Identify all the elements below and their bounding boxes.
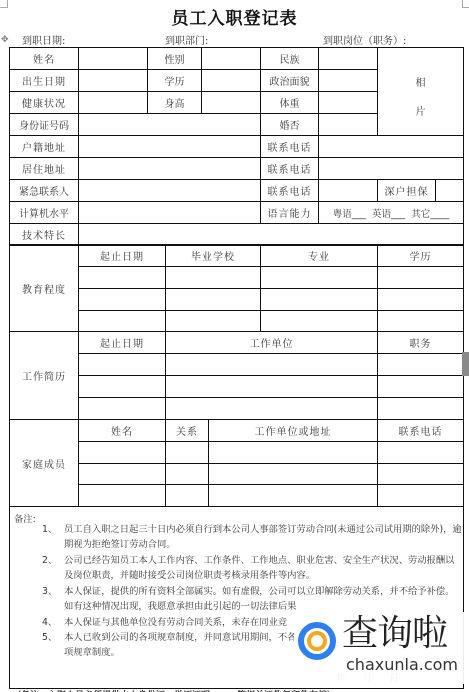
household-address-field[interactable] (78, 135, 261, 158)
form-title: 员工入职登记表 (0, 4, 469, 29)
shenzhen-guarantee-field[interactable] (435, 179, 464, 202)
health-label: 健康状况 (9, 91, 79, 114)
family-col-name: 姓名 (78, 419, 166, 442)
note-text: 公司已经告知员工本人工作内容、工作条件、工作地点、职业危害、安全生产状况、劳动报… (64, 553, 462, 583)
computer-level-field[interactable] (78, 201, 261, 224)
side-scroll-tab[interactable] (462, 352, 469, 376)
note-number: 4、 (42, 615, 57, 630)
language-ability-label: 语言能力 (260, 201, 319, 224)
note-item-5: 5、 本人已收到公司的各项规章制度，并同意试用期间，不各项规章制度。 (42, 630, 302, 660)
photo-label-1: 相 (416, 74, 426, 89)
family-row1-address[interactable] (208, 441, 378, 464)
marital-label: 婚否 (260, 113, 319, 136)
ethnicity-field[interactable] (318, 47, 378, 70)
birth-date-field[interactable] (78, 69, 148, 92)
ethnicity-label: 民族 (260, 47, 319, 70)
work-row3-title[interactable] (377, 397, 464, 420)
footer-note: （备注：入职人员必须提供本人身份证、学历证明、……等相关证件复印件存档） (12, 688, 412, 692)
note-number: 5、 (42, 630, 57, 645)
family-row3-phone[interactable] (377, 484, 464, 507)
edu-row3-major[interactable] (260, 310, 378, 332)
edu-col-degree: 学历 (377, 244, 464, 267)
family-col-relation: 关系 (165, 419, 209, 442)
note-item-1: 1、 员工自入职之日起三十日内必须自行到本公司人事部签订劳动合同(未通过公司试用… (42, 522, 462, 552)
work-col-employer: 工作单位 (165, 331, 378, 354)
phone-label-3: 联系电话 (260, 179, 319, 202)
education-field[interactable] (201, 69, 261, 92)
gender-field[interactable] (201, 47, 261, 70)
photo-label-2: 片 (416, 103, 426, 118)
height-field[interactable] (201, 91, 261, 114)
work-row2-dates[interactable] (78, 375, 166, 398)
family-row3-relation[interactable] (165, 484, 209, 507)
work-section-label: 工作简历 (9, 331, 79, 420)
note-number: 3、 (42, 584, 57, 599)
id-number-field[interactable] (78, 113, 261, 136)
family-row2-relation[interactable] (165, 463, 209, 485)
magnifier-icon (307, 631, 327, 651)
household-address-label: 户籍地址 (9, 135, 79, 158)
political-status-field[interactable] (318, 69, 378, 92)
note-number: 1、 (42, 522, 57, 537)
family-row1-relation[interactable] (165, 441, 209, 464)
education-label: 学历 (147, 69, 202, 92)
edu-row2-dates[interactable] (78, 288, 166, 311)
work-row1-title[interactable] (377, 353, 464, 376)
family-row1-phone[interactable] (377, 441, 464, 464)
work-row2-employer[interactable] (165, 375, 378, 398)
work-col-title: 职务 (377, 331, 464, 354)
language-ability-field[interactable]: 粤语___ 英语___ 其它____ (318, 201, 464, 224)
note-text: 本人保证，提供的所有资料全部属实。如有虚假，公司可以立即解除劳动关系，并不给予补… (64, 584, 462, 614)
family-row2-phone[interactable] (377, 463, 464, 485)
edu-row2-major[interactable] (260, 288, 378, 311)
work-row3-dates[interactable] (78, 397, 166, 420)
edu-col-major: 专业 (260, 244, 378, 267)
edu-row1-degree[interactable] (377, 266, 464, 289)
residence-address-field[interactable] (78, 157, 261, 180)
note-number: 2、 (42, 553, 57, 568)
household-phone-field[interactable] (318, 135, 464, 158)
edu-row2-degree[interactable] (377, 288, 464, 311)
notes-heading: 备注: (14, 511, 36, 525)
name-label: 姓名 (9, 47, 79, 70)
health-field[interactable] (78, 91, 148, 114)
computer-level-label: 计算机水平 (9, 201, 79, 224)
family-section-label: 家庭成员 (9, 419, 79, 507)
edu-col-dates: 起止日期 (78, 244, 166, 267)
phone-label-1: 联系电话 (260, 135, 319, 158)
family-row1-name[interactable] (78, 441, 166, 464)
family-col-phone: 联系电话 (377, 419, 464, 442)
family-row3-name[interactable] (78, 484, 166, 507)
height-label: 身高 (147, 91, 202, 114)
weight-label: 体重 (260, 91, 319, 114)
department-label: 到职部门: (165, 32, 208, 47)
family-row2-name[interactable] (78, 463, 166, 485)
note-item-2: 2、 公司已经告知员工本人工作内容、工作条件、工作地点、职业危害、安全生产状况、… (42, 553, 462, 583)
watermark-en-text: chaxunla.com (346, 656, 458, 674)
residence-phone-field[interactable] (318, 157, 464, 180)
edu-row3-dates[interactable] (78, 310, 166, 332)
family-row3-address[interactable] (208, 484, 378, 507)
note-text: 员工自入职之日起三十日内必须自行到本公司人事部签订劳动合同(未通过公司试用期的除… (64, 522, 462, 552)
note-item-3: 3、 本人保证，提供的所有资料全部属实。如有虚假，公司可以立即解除劳动关系，并不… (42, 584, 462, 614)
education-section-label: 教育程度 (9, 244, 79, 332)
id-number-label: 身份证号码 (9, 113, 79, 136)
phone-label-2: 联系电话 (260, 157, 319, 180)
edu-row1-major[interactable] (260, 266, 378, 289)
skills-label: 技术特长 (9, 223, 79, 246)
photo-box[interactable]: 相 片 (377, 47, 464, 136)
weight-field[interactable] (318, 91, 378, 114)
edu-row3-school[interactable] (165, 310, 261, 332)
edu-row2-school[interactable] (165, 288, 261, 311)
work-row1-employer[interactable] (165, 353, 378, 376)
edu-col-school: 毕业学校 (165, 244, 261, 267)
name-field[interactable] (78, 47, 148, 70)
edu-row1-dates[interactable] (78, 266, 166, 289)
family-col-address: 工作单位或地址 (208, 419, 378, 442)
table-move-handle-icon[interactable]: ✥ (1, 36, 10, 45)
residence-address-label: 居住地址 (9, 157, 79, 180)
emergency-contact-label: 紧急联系人 (9, 179, 79, 202)
position-label: 到职岗位（职务）: (323, 32, 406, 47)
political-status-label: 政治面貌 (260, 69, 319, 92)
edu-row3-degree[interactable] (377, 310, 464, 332)
emergency-phone-field[interactable] (318, 179, 378, 202)
skills-field[interactable] (78, 223, 464, 246)
work-row1-dates[interactable] (78, 353, 166, 376)
birth-date-label: 出生日期 (9, 69, 79, 92)
note-text: 本人已收到公司的各项规章制度，并同意试用期间，不各项规章制度。 (64, 630, 302, 660)
family-row2-address[interactable] (208, 463, 378, 485)
entry-date-label: 到职日期: (22, 32, 65, 47)
work-row3-employer[interactable] (165, 397, 378, 420)
edu-row1-school[interactable] (165, 266, 261, 289)
marital-field[interactable] (318, 113, 378, 136)
gender-label: 性别 (147, 47, 202, 70)
work-col-dates: 起止日期 (78, 331, 166, 354)
work-row2-title[interactable] (377, 375, 464, 398)
shenzhen-guarantee-label: 深户担保 (377, 179, 436, 202)
watermark-logo: 查询啦 chaxunla.com (294, 612, 464, 684)
emergency-contact-field[interactable] (78, 179, 261, 202)
watermark-cn-text: 查询啦 (342, 614, 447, 654)
